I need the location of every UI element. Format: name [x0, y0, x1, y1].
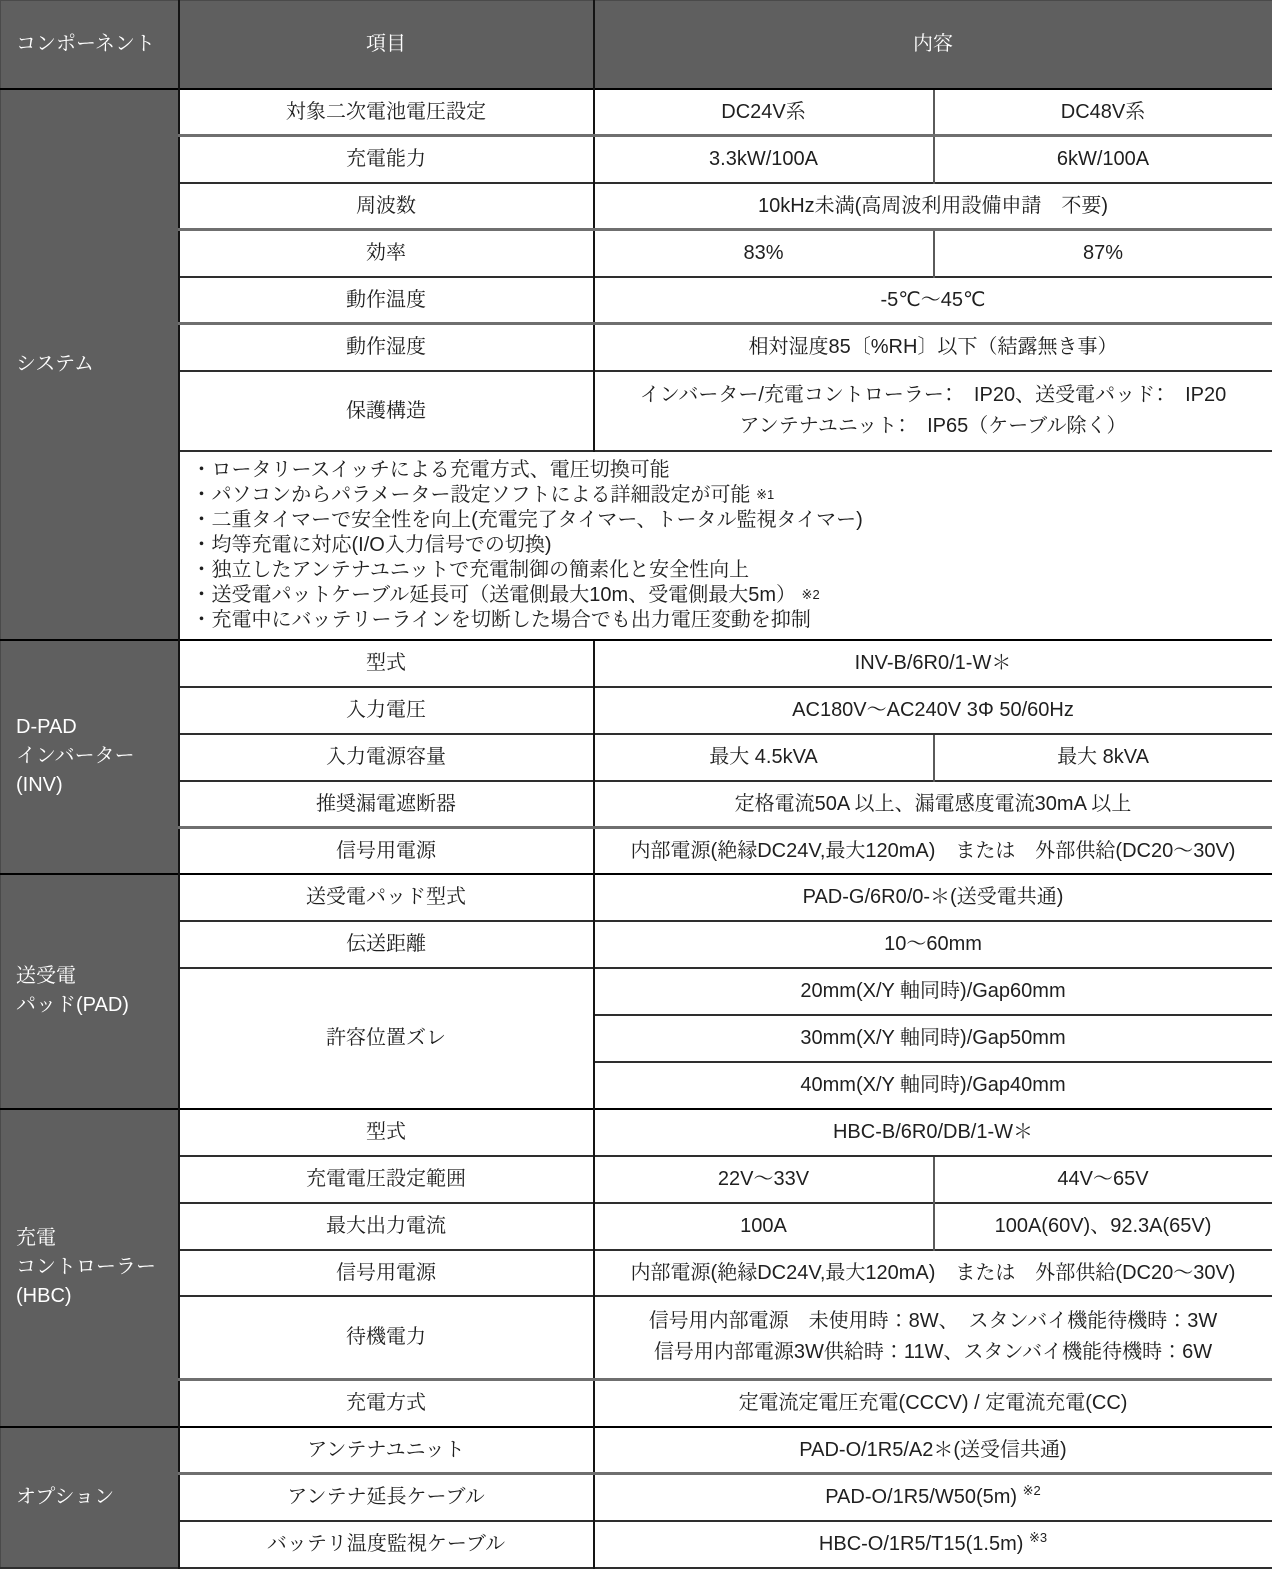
value-input-capacity-24: 最大 4.5kVA — [594, 734, 934, 781]
item-charge-method: 充電方式 — [179, 1380, 594, 1427]
footnote-ref: ※2 — [1023, 1483, 1041, 1498]
value-text: PAD-O/1R5/A2＊(送受信共通) — [799, 1439, 1066, 1461]
section-label-line: インバーター — [16, 742, 178, 771]
value-protection: インバーター/充電コントローラー： IP20、送受電パッド： IP20 アンテナ… — [594, 371, 1272, 451]
value-transmission-distance: 10～60mm — [594, 921, 1272, 968]
value-battery-voltage-24: DC24V系 — [594, 89, 934, 136]
feature-item: ・均等充電に対応(I/O入力信号での切換) — [192, 533, 1266, 558]
value-text: HBC-O/1R5/T15(1.5m) — [819, 1533, 1029, 1555]
section-label-line: 充電 — [16, 1224, 178, 1253]
header-component: コンポーネント — [1, 1, 179, 89]
value-inv-signal-power: 内部電源(絶縁DC24V,最大120mA) または 外部供給(DC20～30V) — [594, 828, 1272, 874]
item-misalignment: 許容位置ズレ — [179, 968, 594, 1109]
value-efficiency-48: 87% — [934, 230, 1272, 277]
value-charge-capacity-48: 6kW/100A — [934, 136, 1272, 183]
item-battery-voltage: 対象二次電池電圧設定 — [179, 89, 594, 136]
feature-item: ・パソコンからパラメーター設定ソフトによる詳細設定が可能 ※1 — [192, 483, 1266, 508]
item-operating-temp: 動作温度 — [179, 277, 594, 324]
feature-text: ・均等充電に対応(I/O入力信号での切換) — [192, 534, 552, 556]
section-label-pad: 送受電 パッド(PAD) — [1, 874, 179, 1109]
feature-item: ・ロータリースイッチによる充電方式、電圧切換可能 — [192, 458, 1266, 483]
item-transmission-distance: 伝送距離 — [179, 921, 594, 968]
spec-table: コンポーネント 項目 内容 システム 対象二次電池電圧設定 DC24V系 DC4… — [0, 0, 1272, 1569]
value-hbc-signal-power: 内部電源(絶縁DC24V,最大120mA) または 外部供給(DC20～30V) — [594, 1250, 1272, 1296]
section-label-inv: D-PAD インバーター (INV) — [1, 640, 179, 874]
item-max-current: 最大出力電流 — [179, 1203, 594, 1250]
value-text: PAD-O/1R5/W50(5m) — [825, 1486, 1022, 1508]
feature-item: ・充電中にバッテリーラインを切断した場合でも出力電圧変動を抑制 — [192, 608, 1266, 633]
value-input-capacity-48: 最大 8kVA — [934, 734, 1272, 781]
section-label-line: (HBC) — [16, 1282, 178, 1311]
footnote-ref: ※1 — [756, 487, 774, 502]
item-protection: 保護構造 — [179, 371, 594, 451]
value-charge-capacity-24: 3.3kW/100A — [594, 136, 934, 183]
feature-text: ・送受電パットケーブル延長可（送電側最大10m、受電側最大5m） — [192, 584, 802, 606]
value-pad-model: PAD-G/6R0/0-＊(送受電共通) — [594, 874, 1272, 921]
system-features-cell: ・ロータリースイッチによる充電方式、電圧切換可能 ・パソコンからパラメーター設定… — [179, 451, 1272, 640]
value-battery-voltage-48: DC48V系 — [934, 89, 1272, 136]
item-voltage-range: 充電電圧設定範囲 — [179, 1156, 594, 1203]
section-label-line: システム — [16, 350, 178, 379]
value-hbc-model: HBC-B/6R0/DB/1-W＊ — [594, 1109, 1272, 1156]
value-input-voltage: AC180V～AC240V 3Φ 50/60Hz — [594, 687, 1272, 734]
value-inv-model: INV-B/6R0/1-W＊ — [594, 640, 1272, 687]
value-operating-temp: -5℃～45℃ — [594, 277, 1272, 324]
value-breaker: 定格電流50A 以上、漏電感度電流30mA 以上 — [594, 781, 1272, 828]
item-pad-model: 送受電パッド型式 — [179, 874, 594, 921]
section-label-hbc: 充電 コントローラー (HBC) — [1, 1109, 179, 1427]
item-efficiency: 効率 — [179, 230, 594, 277]
value-antenna-unit: PAD-O/1R5/A2＊(送受信共通) — [594, 1427, 1272, 1474]
feature-text: ・独立したアンテナユニットで充電制御の簡素化と安全性向上 — [192, 559, 750, 581]
value-antenna-cable: PAD-O/1R5/W50(5m) ※2 — [594, 1474, 1272, 1521]
item-standby-power: 待機電力 — [179, 1296, 594, 1380]
section-label-line: 送受電 — [16, 962, 178, 991]
item-antenna-cable: アンテナ延長ケーブル — [179, 1474, 594, 1521]
section-label-line: オプション — [16, 1483, 178, 1512]
item-charge-capacity: 充電能力 — [179, 136, 594, 183]
value-misalignment-3: 40mm(X/Y 軸同時)/Gap40mm — [594, 1062, 1272, 1109]
feature-item: ・二重タイマーで安全性を向上(充電完了タイマー、トータル監視タイマー) — [192, 508, 1266, 533]
header-content: 内容 — [594, 1, 1272, 89]
section-label-system: システム — [1, 89, 179, 640]
standby-line-1: 信号用内部電源 未使用時：8W、 スタンバイ機能待機時：3W — [595, 1306, 1272, 1337]
item-hbc-model: 型式 — [179, 1109, 594, 1156]
feature-item: ・送受電パットケーブル延長可（送電側最大10m、受電側最大5m） ※2 — [192, 583, 1266, 608]
footnote-ref: ※3 — [1029, 1530, 1047, 1545]
standby-line-2: 信号用内部電源3W供給時：11W、スタンバイ機能待機時：6W — [595, 1337, 1272, 1368]
item-antenna-unit: アンテナユニット — [179, 1427, 594, 1474]
item-input-voltage: 入力電圧 — [179, 687, 594, 734]
value-frequency: 10kHz未満(高周波利用設備申請 不要) — [594, 183, 1272, 230]
feature-item: ・独立したアンテナユニットで充電制御の簡素化と安全性向上 — [192, 558, 1266, 583]
footnote-ref: ※2 — [802, 587, 820, 602]
value-standby-power: 信号用内部電源 未使用時：8W、 スタンバイ機能待機時：3W 信号用内部電源3W… — [594, 1296, 1272, 1380]
item-inv-signal-power: 信号用電源 — [179, 828, 594, 874]
item-hbc-signal-power: 信号用電源 — [179, 1250, 594, 1296]
value-max-current-48: 100A(60V)、92.3A(65V) — [934, 1203, 1272, 1250]
value-misalignment-1: 20mm(X/Y 軸同時)/Gap60mm — [594, 968, 1272, 1015]
value-misalignment-2: 30mm(X/Y 軸同時)/Gap50mm — [594, 1015, 1272, 1062]
feature-text: ・二重タイマーで安全性を向上(充電完了タイマー、トータル監視タイマー) — [192, 509, 863, 531]
item-input-capacity: 入力電源容量 — [179, 734, 594, 781]
section-label-line: コントローラー — [16, 1253, 178, 1282]
section-label-line: D-PAD — [16, 713, 178, 742]
value-max-current-24: 100A — [594, 1203, 934, 1250]
feature-text: ・充電中にバッテリーラインを切断した場合でも出力電圧変動を抑制 — [192, 609, 811, 631]
feature-text: ・パソコンからパラメーター設定ソフトによる詳細設定が可能 — [192, 484, 757, 506]
value-charge-method: 定電流定電圧充電(CCCV) / 定電流充電(CC) — [594, 1380, 1272, 1427]
protection-line-2: アンテナユニット： IP65（ケーブル除く） — [595, 411, 1272, 442]
value-battery-temp-cable: HBC-O/1R5/T15(1.5m) ※3 — [594, 1521, 1272, 1568]
header-item: 項目 — [179, 1, 594, 89]
value-voltage-range-24: 22V～33V — [594, 1156, 934, 1203]
value-operating-humidity: 相対湿度85〔%RH〕以下（結露無き事） — [594, 324, 1272, 371]
item-operating-humidity: 動作湿度 — [179, 324, 594, 371]
value-voltage-range-48: 44V～65V — [934, 1156, 1272, 1203]
item-breaker: 推奨漏電遮断器 — [179, 781, 594, 828]
section-label-line: (INV) — [16, 771, 178, 800]
section-label-line: パッド(PAD) — [16, 991, 178, 1020]
item-battery-temp-cable: バッテリ温度監視ケーブル — [179, 1521, 594, 1568]
item-inv-model: 型式 — [179, 640, 594, 687]
section-label-options: オプション — [1, 1427, 179, 1568]
item-frequency: 周波数 — [179, 183, 594, 230]
feature-text: ・ロータリースイッチによる充電方式、電圧切換可能 — [192, 459, 670, 481]
value-efficiency-24: 83% — [594, 230, 934, 277]
protection-line-1: インバーター/充電コントローラー： IP20、送受電パッド： IP20 — [595, 380, 1272, 411]
